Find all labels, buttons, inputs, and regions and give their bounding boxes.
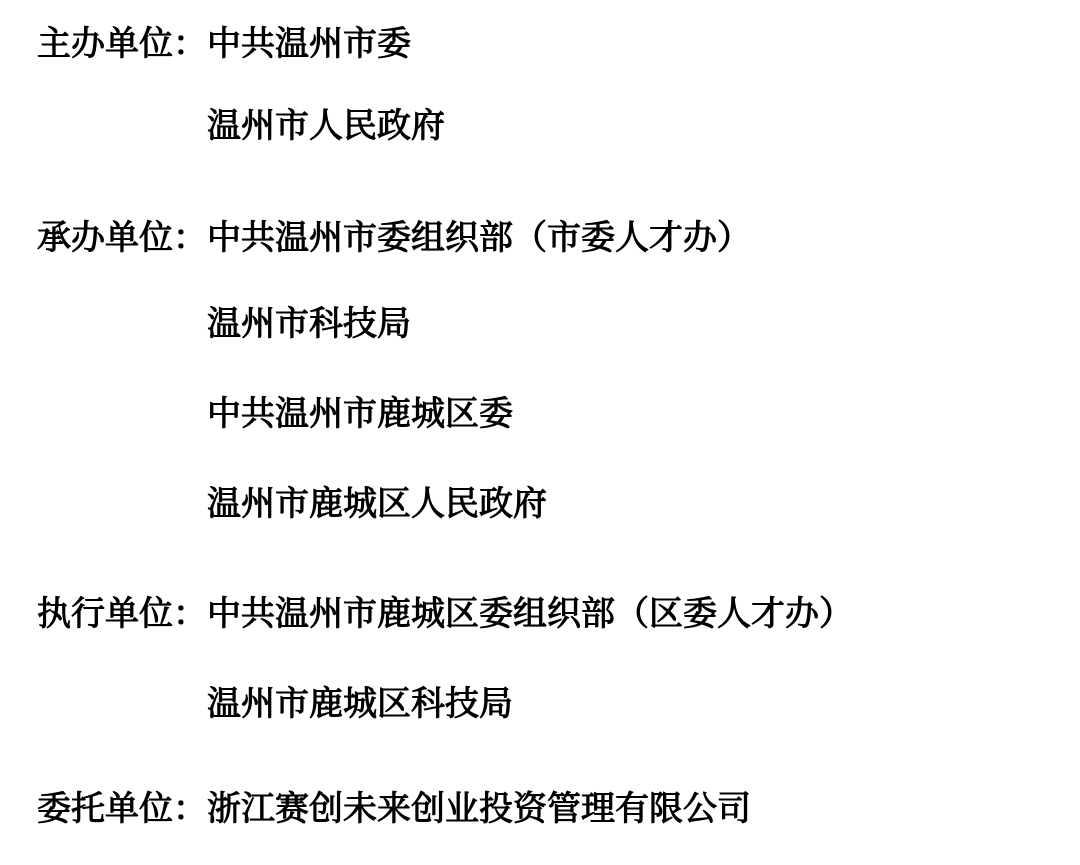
executor-unit-name-1: 中共温州市鹿城区委组织部（区委人才办） bbox=[207, 598, 853, 632]
organizer-unit-name-3: 中共温州市鹿城区委 bbox=[207, 398, 513, 432]
organizer-unit-label: 承办单位： bbox=[37, 222, 207, 256]
document-page: 主办单位：中共温州市委 温州市人民政府 承办单位：中共温州市委组织部（市委人才办… bbox=[0, 0, 1080, 865]
organizer-unit-name-2: 温州市科技局 bbox=[207, 308, 411, 342]
host-unit-name-2: 温州市人民政府 bbox=[207, 110, 445, 144]
host-unit-row: 主办单位：中共温州市委 bbox=[37, 28, 411, 62]
organizer-unit-row: 承办单位：中共温州市委组织部（市委人才办） bbox=[37, 222, 751, 256]
entrusted-unit-label: 委托单位： bbox=[37, 793, 207, 827]
organizer-unit-name-4: 温州市鹿城区人民政府 bbox=[207, 488, 547, 522]
organizer-unit-name-1: 中共温州市委组织部（市委人才办） bbox=[207, 222, 751, 256]
host-unit-name-1: 中共温州市委 bbox=[207, 28, 411, 62]
host-unit-label: 主办单位： bbox=[37, 28, 207, 62]
entrusted-unit-row: 委托单位：浙江赛创未来创业投资管理有限公司 bbox=[37, 793, 751, 827]
executor-unit-label: 执行单位： bbox=[37, 598, 207, 632]
executor-unit-row: 执行单位：中共温州市鹿城区委组织部（区委人才办） bbox=[37, 598, 853, 632]
entrusted-unit-name-1: 浙江赛创未来创业投资管理有限公司 bbox=[207, 793, 751, 827]
executor-unit-name-2: 温州市鹿城区科技局 bbox=[207, 688, 513, 722]
